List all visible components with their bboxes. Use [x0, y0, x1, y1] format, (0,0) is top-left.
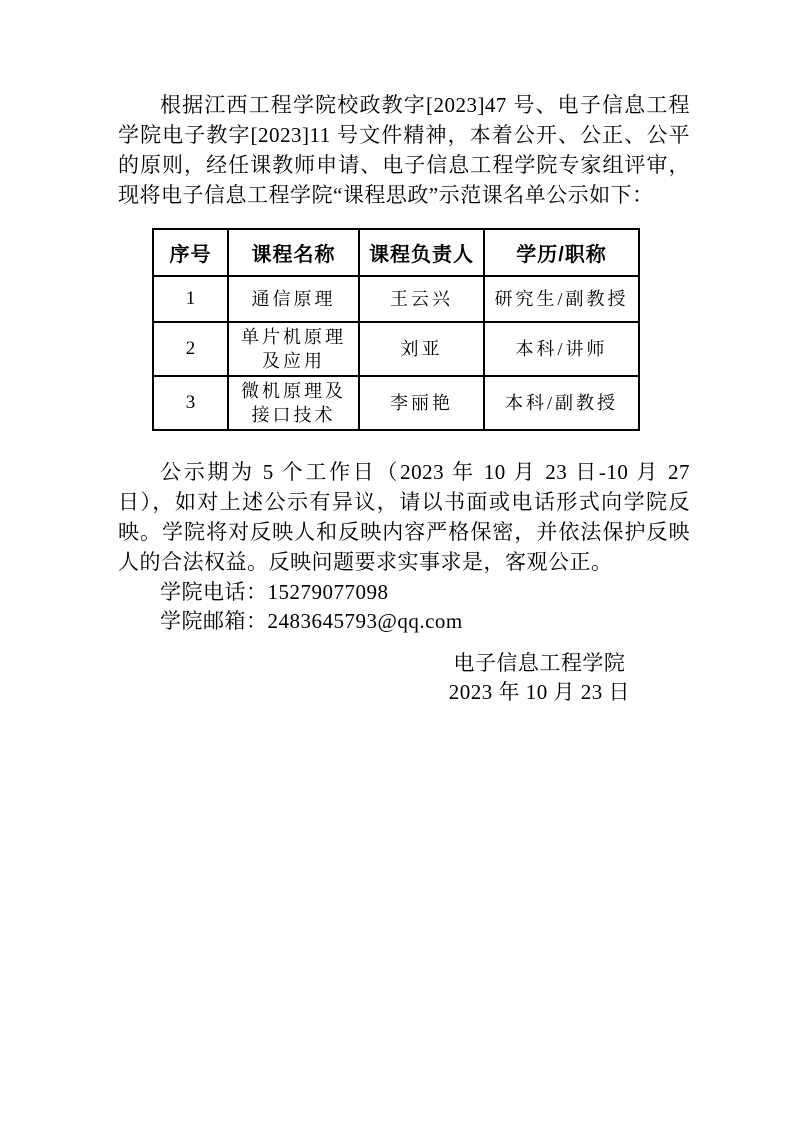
cell-degree-title: 本科/副教授: [484, 376, 639, 430]
course-table: 序号 课程名称 课程负责人 学历/职称 1 通信原理 王云兴 研究生/副教授 2…: [152, 228, 640, 431]
document-content: 根据江西工程学院校政教字[2023]47 号、电子信息工程学院电子教字[2023…: [118, 90, 690, 707]
contact-email-label: 学院邮箱：: [160, 609, 268, 633]
cell-course-name: 单片机原理及应用: [228, 322, 359, 376]
cell-index: 3: [153, 376, 228, 430]
table-row: 3 微机原理及接口技术 李丽艳 本科/副教授: [153, 376, 639, 430]
header-cell-index: 序号: [153, 229, 228, 276]
table-row: 1 通信原理 王云兴 研究生/副教授: [153, 276, 639, 322]
cell-course-leader: 刘亚: [359, 322, 484, 376]
document-page: 根据江西工程学院校政教字[2023]47 号、电子信息工程学院电子教字[2023…: [0, 0, 793, 1122]
signature-date: 2023 年 10 月 23 日: [449, 678, 630, 707]
contact-phone-label: 学院电话：: [160, 580, 268, 604]
contact-email-value: 2483645793@qq.com: [268, 609, 463, 633]
contact-email-line: 学院邮箱：2483645793@qq.com: [118, 607, 690, 635]
notice-paragraph: 公示期为 5 个工作日（2023 年 10 月 23 日-10 月 27 日），…: [118, 457, 690, 577]
cell-course-leader: 李丽艳: [359, 376, 484, 430]
header-cell-course-name: 课程名称: [228, 229, 359, 276]
cell-index: 2: [153, 322, 228, 376]
cell-degree-title: 本科/讲师: [484, 322, 639, 376]
header-cell-course-leader: 课程负责人: [359, 229, 484, 276]
contact-phone-value: 15279077098: [268, 580, 389, 604]
cell-index: 1: [153, 276, 228, 322]
signature-org: 电子信息工程学院: [449, 649, 630, 678]
table-row: 2 单片机原理及应用 刘亚 本科/讲师: [153, 322, 639, 376]
signature-block: 电子信息工程学院 2023 年 10 月 23 日: [449, 649, 630, 707]
cell-degree-title: 研究生/副教授: [484, 276, 639, 322]
cell-course-leader: 王云兴: [359, 276, 484, 322]
cell-course-name: 通信原理: [228, 276, 359, 322]
cell-course-name: 微机原理及接口技术: [228, 376, 359, 430]
table-header-row: 序号 课程名称 课程负责人 学历/职称: [153, 229, 639, 276]
contact-phone-line: 学院电话：15279077098: [118, 578, 690, 606]
header-cell-degree-title: 学历/职称: [484, 229, 639, 276]
intro-paragraph: 根据江西工程学院校政教字[2023]47 号、电子信息工程学院电子教字[2023…: [118, 90, 690, 210]
